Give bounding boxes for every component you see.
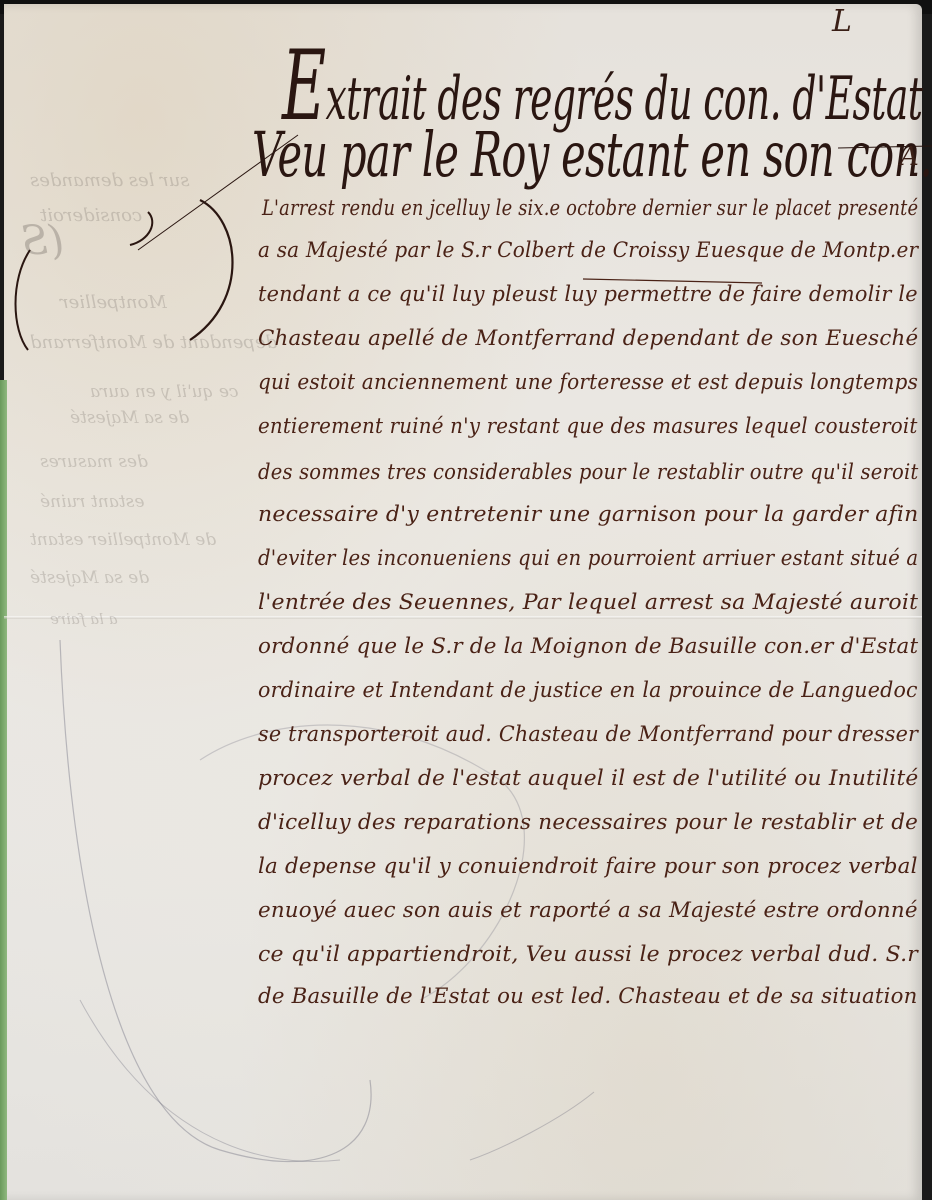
body-line: l'entrée des Seuennes, Par lequel arrest… — [258, 590, 918, 614]
body-line: d'eviter les inconueniens qui en pourroi… — [258, 546, 918, 570]
body-line: d'icelluy des reparations necessaires po… — [258, 810, 918, 834]
body-line: entierement ruiné n'y restant que des ma… — [258, 414, 918, 438]
body-line: tendant a ce qu'il luy pleust luy permet… — [258, 282, 918, 306]
folio-mark-right: A — [900, 142, 919, 172]
body-line: ce qu'il appartiendroit, Veu aussi le pr… — [258, 942, 918, 966]
body-line: enuoyé auec son auis et raporté a sa Maj… — [258, 898, 918, 922]
body-line: se transporteroit aud. Chasteau de Montf… — [258, 722, 918, 746]
body-line: de Basuille de l'Estat ou est led. Chast… — [258, 984, 918, 1008]
body-line: Chasteau apellé de Montferrand dependant… — [258, 326, 918, 350]
body-line: ordonné que le S.r de la Moignon de Basu… — [258, 634, 918, 658]
body-line: ordinaire et Intendant de justice en la … — [258, 678, 918, 702]
body-line: necessaire d'y entretenir une garnison p… — [258, 502, 919, 526]
body-line: procez verbal de l'estat auquel il est d… — [258, 766, 918, 790]
body-line: L'arrest rendu en jcelluy le six.e octob… — [262, 196, 918, 220]
body-line: a sa Majesté par le S.r Colbert de Crois… — [258, 238, 918, 262]
body-line: des sommes tres considerables pour le re… — [258, 460, 918, 484]
body-line: la depense qu'il y conuiendroit faire po… — [258, 854, 918, 878]
folio-mark-top: L — [832, 4, 852, 39]
document-subheading: Veu par le Roy estant en son con. — [252, 118, 932, 191]
body-line: qui estoit anciennement une forteresse e… — [258, 370, 918, 394]
